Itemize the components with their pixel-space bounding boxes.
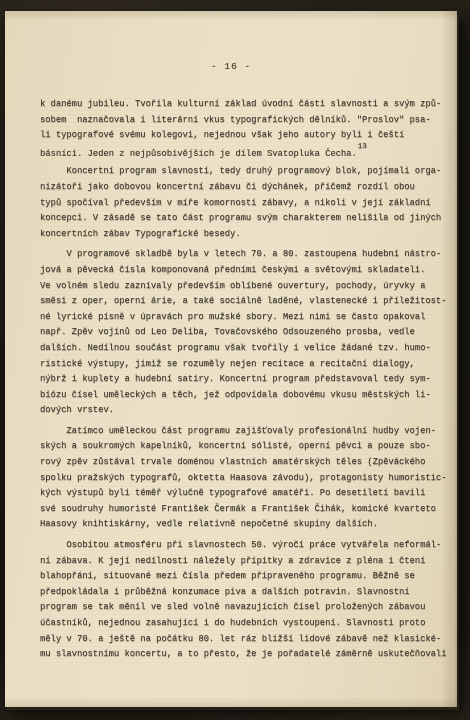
text-line: své soudruhy humoristé František Čermák … [40,502,454,518]
paragraph: V programové skladbě byla v letech 70. a… [40,247,454,419]
text-line: účastníků, nejednou zasahující i do hude… [40,616,454,632]
text-line: směsi z oper, operní árie, a také sociál… [40,294,454,310]
paragraph: k danému jubileu. Tvořila kulturní zákla… [40,97,454,159]
text-line: né lyrické písně v úpravách pro mužské s… [40,310,454,326]
scan-background: - 16 - k danému jubileu. Tvořila kulturn… [0,0,470,720]
paragraph: Osobitou atmosféru při slavnostech 50. v… [40,538,454,663]
document-page: - 16 - k danému jubileu. Tvořila kulturn… [5,11,457,707]
text-line: nizátoři jako dobovou koncertní zábavu č… [40,180,454,196]
text-line: program se tak měnil ve sled volně navaz… [40,600,454,616]
text-line: mu slavnostnímu koncertu, a to přesto, ž… [40,647,454,663]
paragraph: Zatímco uměleckou část programu zajišťov… [40,424,454,533]
page-edge-shadow-top [5,11,457,21]
text-line: dalších. Nedílnou součást programu však … [40,341,454,357]
footnote-ref: 13 [358,143,367,151]
text-line: nýbrž i kuplety a hudební satiry. Koncer… [40,372,454,388]
text-line: Haasovy knihtiskárny, vedle relativně ne… [40,517,454,533]
text-line-fragment: básníci. Jeden z nejpůsobivějších je díl… [40,149,357,159]
text-line: li typografové svému kolegovi, nejednou … [40,128,454,144]
text-line: dových vrstev. [40,403,454,419]
text-line: Zatímco uměleckou část programu zajišťov… [40,424,454,440]
text-line: koncertních zábav Typografické besedy. [40,227,454,243]
text-block: k danému jubileu. Tvořila kulturní zákla… [40,97,454,663]
text-line: ní zábava. K její nedílnosti náležely př… [40,554,454,570]
text-line: Osobitou atmosféru při slavnostech 50. v… [40,538,454,554]
text-line: biózu čísel uměleckých a těch, jež odpov… [40,388,454,404]
text-line: V programové skladbě byla v letech 70. a… [40,247,454,263]
text-line: typů spočíval především v míře komornost… [40,196,454,212]
text-line: blahopřání, situované mezi čísla předem … [40,569,454,585]
text-line: básníci. Jeden z nejpůsobivějších je díl… [40,144,454,160]
text-line: spolku pražských typografů, oktetta Haas… [40,471,454,487]
text-line: předpokládala i průběžná konzumace piva … [40,585,454,601]
text-line: koncepci. V zásadě se tato část programu… [40,211,454,227]
text-line: např. Zpěv vojínů od Leo Deliba, Tovačov… [40,325,454,341]
text-line: Koncertní program slavnosti, tedy druhý … [40,164,454,180]
text-line: ristické výstupy, jimiž se rozuměly neje… [40,357,454,373]
paragraph: Koncertní program slavnosti, tedy druhý … [40,164,454,242]
text-line: kých výstupů byli téměř výlučně typograf… [40,486,454,502]
text-line: Ve volném sledu zaznívaly především oblí… [40,279,454,295]
text-line: k danému jubileu. Tvořila kulturní zákla… [40,97,454,113]
text-line: rový zpěv zůstával trvale doménou vlastn… [40,455,454,471]
page-number: - 16 - [5,61,457,72]
text-line: měly v 70. a ještě na počátku 80. let rá… [40,632,454,648]
page-edge-shadow-bottom [5,697,457,707]
text-line: ských a soukromých kapelníků, koncertní … [40,439,454,455]
text-line: sobem naznačovala i literární vkus typog… [40,113,454,129]
text-line: jová a pěvecká čísla komponovaná předním… [40,263,454,279]
